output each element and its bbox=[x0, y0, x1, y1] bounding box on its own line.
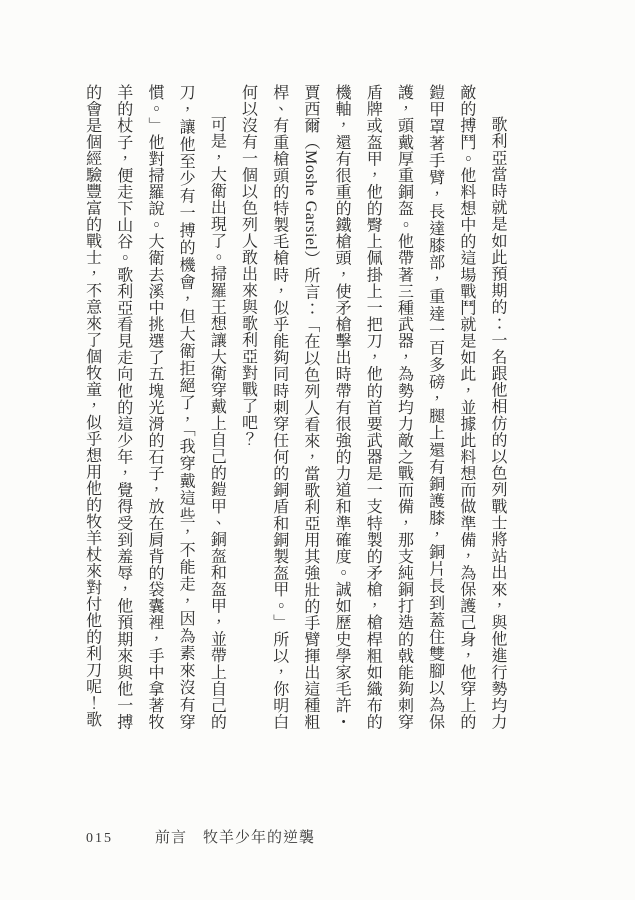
paragraph-2: 可是，大衛出現了。掃羅王想讓大衛穿戴上自己的鎧甲、銅盔和盔甲，並帶上自己的刀，讓… bbox=[76, 84, 232, 730]
page-footer: 015 前言 牧羊少年的逆襲 bbox=[86, 826, 315, 847]
body-text-block: 歌利亞當時就是如此預期的：一名跟他相仿的以色列戰士將站出來，與他進行勢均力敵的搏… bbox=[76, 84, 513, 730]
paragraph-1: 歌利亞當時就是如此預期的：一名跟他相仿的以色列戰士將站出來，與他進行勢均力敵的搏… bbox=[232, 84, 513, 730]
book-page: 歌利亞當時就是如此預期的：一名跟他相仿的以色列戰士將站出來，與他進行勢均力敵的搏… bbox=[0, 0, 635, 900]
section-label: 前言 bbox=[155, 826, 187, 847]
page-number: 015 bbox=[86, 831, 113, 847]
chapter-title: 牧羊少年的逆襲 bbox=[203, 826, 315, 847]
